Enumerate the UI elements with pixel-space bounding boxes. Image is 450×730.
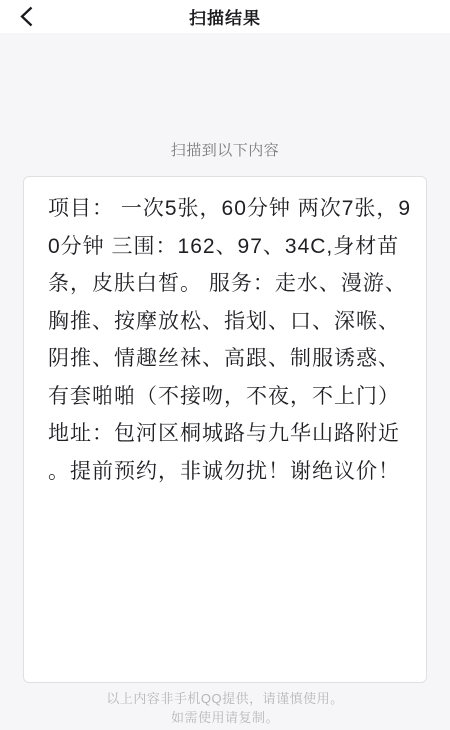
- disclaimer-footer: 以上内容非手机QQ提供，请谨慎使用。 如需使用请复制。: [0, 689, 450, 727]
- scan-result-page: 扫描到以下内容 项目： 一次5张，60分钟 两次7张，90分钟 三围：162、9…: [0, 33, 450, 730]
- header-bar: 扫描结果: [0, 0, 450, 33]
- disclaimer-line-1: 以上内容非手机QQ提供，请谨慎使用。: [0, 689, 450, 708]
- scan-text-line: 地址：包河区桐城路与九华山路附近: [48, 415, 406, 453]
- page-title: 扫描结果: [189, 4, 261, 29]
- scan-text-line: 有套啪啪（不接吻，不夜，不上门）: [48, 378, 406, 416]
- scan-text-line: 阴推、情趣丝袜、高跟、制服诱惑、: [48, 340, 406, 378]
- back-button[interactable]: [20, 0, 52, 33]
- scan-text-line: 。提前预约，非诚勿扰！谢绝议价！: [48, 453, 406, 491]
- scanned-text: 项目： 一次5张，60分钟 两次7张，90分钟 三围：162、97、34C,身材…: [48, 190, 406, 490]
- disclaimer-line-2: 如需使用请复制。: [0, 708, 450, 727]
- scan-section-label: 扫描到以下内容: [0, 139, 450, 160]
- scan-text-line: 项目： 一次5张，60分钟 两次7张，9: [48, 190, 406, 228]
- scan-text-line: 条，皮肤白皙。 服务：走水、漫游、: [48, 265, 406, 303]
- scan-text-line: 0分钟 三围：162、97、34C,身材苗: [48, 228, 406, 266]
- scan-text-line: 胸推、按摩放松、指划、口、深喉、: [48, 303, 406, 341]
- chevron-left-icon: [20, 6, 33, 27]
- scanned-content-box: 项目： 一次5张，60分钟 两次7张，90分钟 三围：162、97、34C,身材…: [23, 176, 427, 683]
